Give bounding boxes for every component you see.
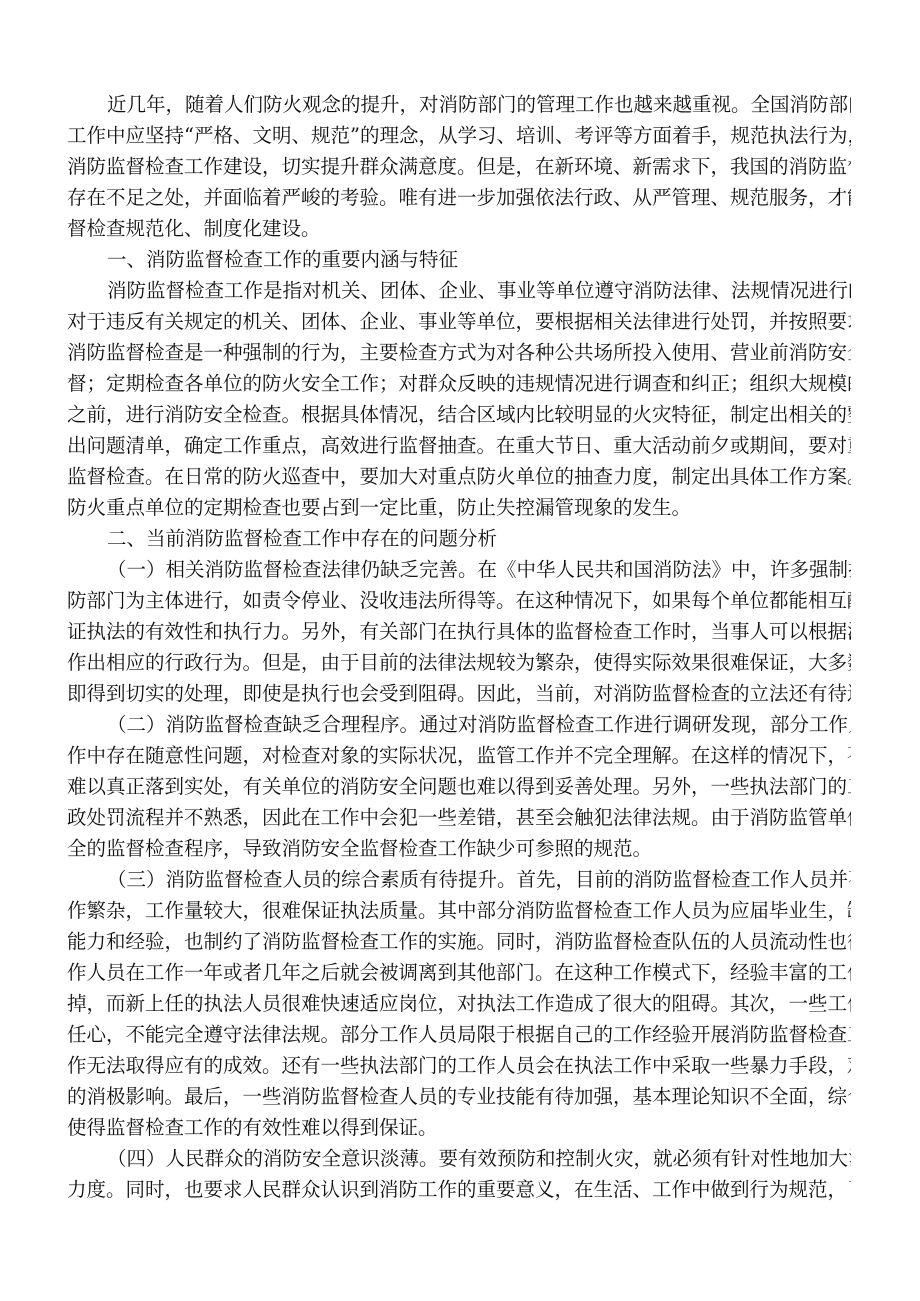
text-line: 出问题清单，确定工作重点，高效进行监督抽查。在重大节日、重大活动前夕或期间，要对… [67, 430, 851, 461]
text-line: 使得监督检查工作的有效性难以得到保证。 [67, 1112, 851, 1143]
intro-paragraph: 近几年，随着人们防火观念的提升，对消防部门的管理工作也越来越重视。全国消防部门在… [67, 89, 851, 244]
text-line: 防部门为主体进行，如责令停业、没收违法所得等。在这种情况下，如果每个单位都能相互… [67, 585, 851, 616]
text-line: （一）相关消防监督检查法律仍缺乏完善。在《中华人民共和国消防法》中，许多强制措施… [67, 554, 851, 585]
text-line: 督；定期检查各单位的防火安全工作；对群众反映的违规情况进行调查和纠正；组织大规模… [67, 368, 851, 399]
heading-text: 一、消防监督检查工作的重要内涵与特征 [67, 244, 851, 275]
text-line: （二）消防监督检查缺乏合理程序。通过对消防监督检查工作进行调研发现，部分工作人员… [67, 709, 851, 740]
text-line: 难以真正落到实处，有关单位的消防安全问题也难以得到妥善处理。另外，一些执法部门的… [67, 771, 851, 802]
text-line: 力度。同时，也要求人民群众认识到消防工作的重要意义，在生活、工作中做到行为规范，… [67, 1174, 851, 1205]
heading-text: 二、当前消防监督检查工作中存在的问题分析 [67, 523, 851, 554]
text-line: 对于违反有关规定的机关、团体、企业、事业等单位，要根据相关法律进行处罚，并按照要… [67, 306, 851, 337]
text-line: 的消极影响。最后，一些消防监督检查人员的专业技能有待加强，基本理论知识不全面，综… [67, 1081, 851, 1112]
subsection-4-paragraph: （四）人民群众的消防安全意识淡薄。要有效预防和控制火灾，就必须有针对性地加大消防… [67, 1143, 851, 1205]
text-line: 近几年，随着人们防火观念的提升，对消防部门的管理工作也越来越重视。全国消防部门在… [67, 89, 851, 120]
text-line: 工作中应坚持“严格、文明、规范”的理念，从学习、培训、考评等方面着手，规范执法行… [67, 120, 851, 151]
subsection-2-paragraph: （二）消防监督检查缺乏合理程序。通过对消防监督检查工作进行调研发现，部分工作人员… [67, 709, 851, 864]
text-line: 能力和经验，也制约了消防监督检查工作的实施。同时，消防监督检查队伍的人员流动性也… [67, 926, 851, 957]
text-line: （三）消防监督检查人员的综合素质有待提升。首先，目前的消防监督检查工作人员并不多… [67, 864, 851, 895]
text-line: 作中存在随意性问题，对检查对象的实际状况，监管工作并不完全理解。在这样的情况下，… [67, 740, 851, 771]
text-line: 督检查规范化、制度化建设。 [67, 213, 851, 244]
text-line: 全的监督检查程序，导致消防安全监督检查工作缺少可参照的规范。 [67, 833, 851, 864]
text-line: 之前，进行消防安全检查。根据具体情况，结合区域内比较明显的火灾特征，制定出相关的… [67, 399, 851, 430]
text-line: 即得到切实的处理，即使是执行也会受到阻碍。因此，当前，对消防监督检查的立法还有待… [67, 678, 851, 709]
text-line: 政处罚流程并不熟悉，因此在工作中会犯一些差错，甚至会触犯法律法规。由于消防监管单… [67, 802, 851, 833]
document-page: 近几年，随着人们防火观念的提升，对消防部门的管理工作也越来越重视。全国消防部门在… [67, 89, 851, 1205]
text-line: 存在不足之处，并面临着严峻的考验。唯有进一步加强依法行政、从严管理、规范服务，才… [67, 182, 851, 213]
text-line: 任心，不能完全遵守法律法规。部分工作人员局限于根据自己的工作经验开展消防监督检查… [67, 1019, 851, 1050]
section-heading-1: 一、消防监督检查工作的重要内涵与特征 [67, 244, 851, 275]
subsection-1-paragraph: （一）相关消防监督检查法律仍缺乏完善。在《中华人民共和国消防法》中，许多强制措施… [67, 554, 851, 709]
text-line: 掉，而新上任的执法人员很难快速适应岗位，对执法工作造成了很大的阻碍。其次，一些工… [67, 988, 851, 1019]
text-line: 证执法的有效性和执行力。另外，有关部门在执行具体的监督检查工作时，当事人可以根据… [67, 616, 851, 647]
text-line: 监督检查。在日常的防火巡查中，要加大对重点防火单位的抽查力度，制定出具体工作方案… [67, 461, 851, 492]
text-line: 作繁杂，工作量较大，很难保证执法质量。其中部分消防监督检查工作人员为应届毕业生，… [67, 895, 851, 926]
text-line: 作出相应的行政行为。但是，由于目前的法律法规较为繁杂，使得实际效果很难保证，大多… [67, 647, 851, 678]
subsection-3-paragraph: （三）消防监督检查人员的综合素质有待提升。首先，目前的消防监督检查工作人员并不多… [67, 864, 851, 1143]
text-line: 作人员在工作一年或者几年之后就会被调离到其他部门。在这种工作模式下，经验丰富的工… [67, 957, 851, 988]
section-heading-2: 二、当前消防监督检查工作中存在的问题分析 [67, 523, 851, 554]
text-line: 防火重点单位的定期检查也要占到一定比重，防止失控漏管现象的发生。 [67, 492, 851, 523]
text-line: 消防监督检查工作是指对机关、团体、企业、事业等单位遵守消防法律、法规情况进行的监… [67, 275, 851, 306]
section-1-body-paragraph: 消防监督检查工作是指对机关、团体、企业、事业等单位遵守消防法律、法规情况进行的监… [67, 275, 851, 523]
text-line: 消防监督检查工作建设，切实提升群众满意度。但是，在新环境、新需求下，我国的消防监… [67, 151, 851, 182]
text-line: 消防监督检查是一种强制的行为，主要检查方式为对各种公共场所投入使用、营业前消防安… [67, 337, 851, 368]
text-line: 作无法取得应有的成效。还有一些执法部门的工作人员会在执法工作中采取一些暴力手段，… [67, 1050, 851, 1081]
text-line: （四）人民群众的消防安全意识淡薄。要有效预防和控制火灾，就必须有针对性地加大消防… [67, 1143, 851, 1174]
